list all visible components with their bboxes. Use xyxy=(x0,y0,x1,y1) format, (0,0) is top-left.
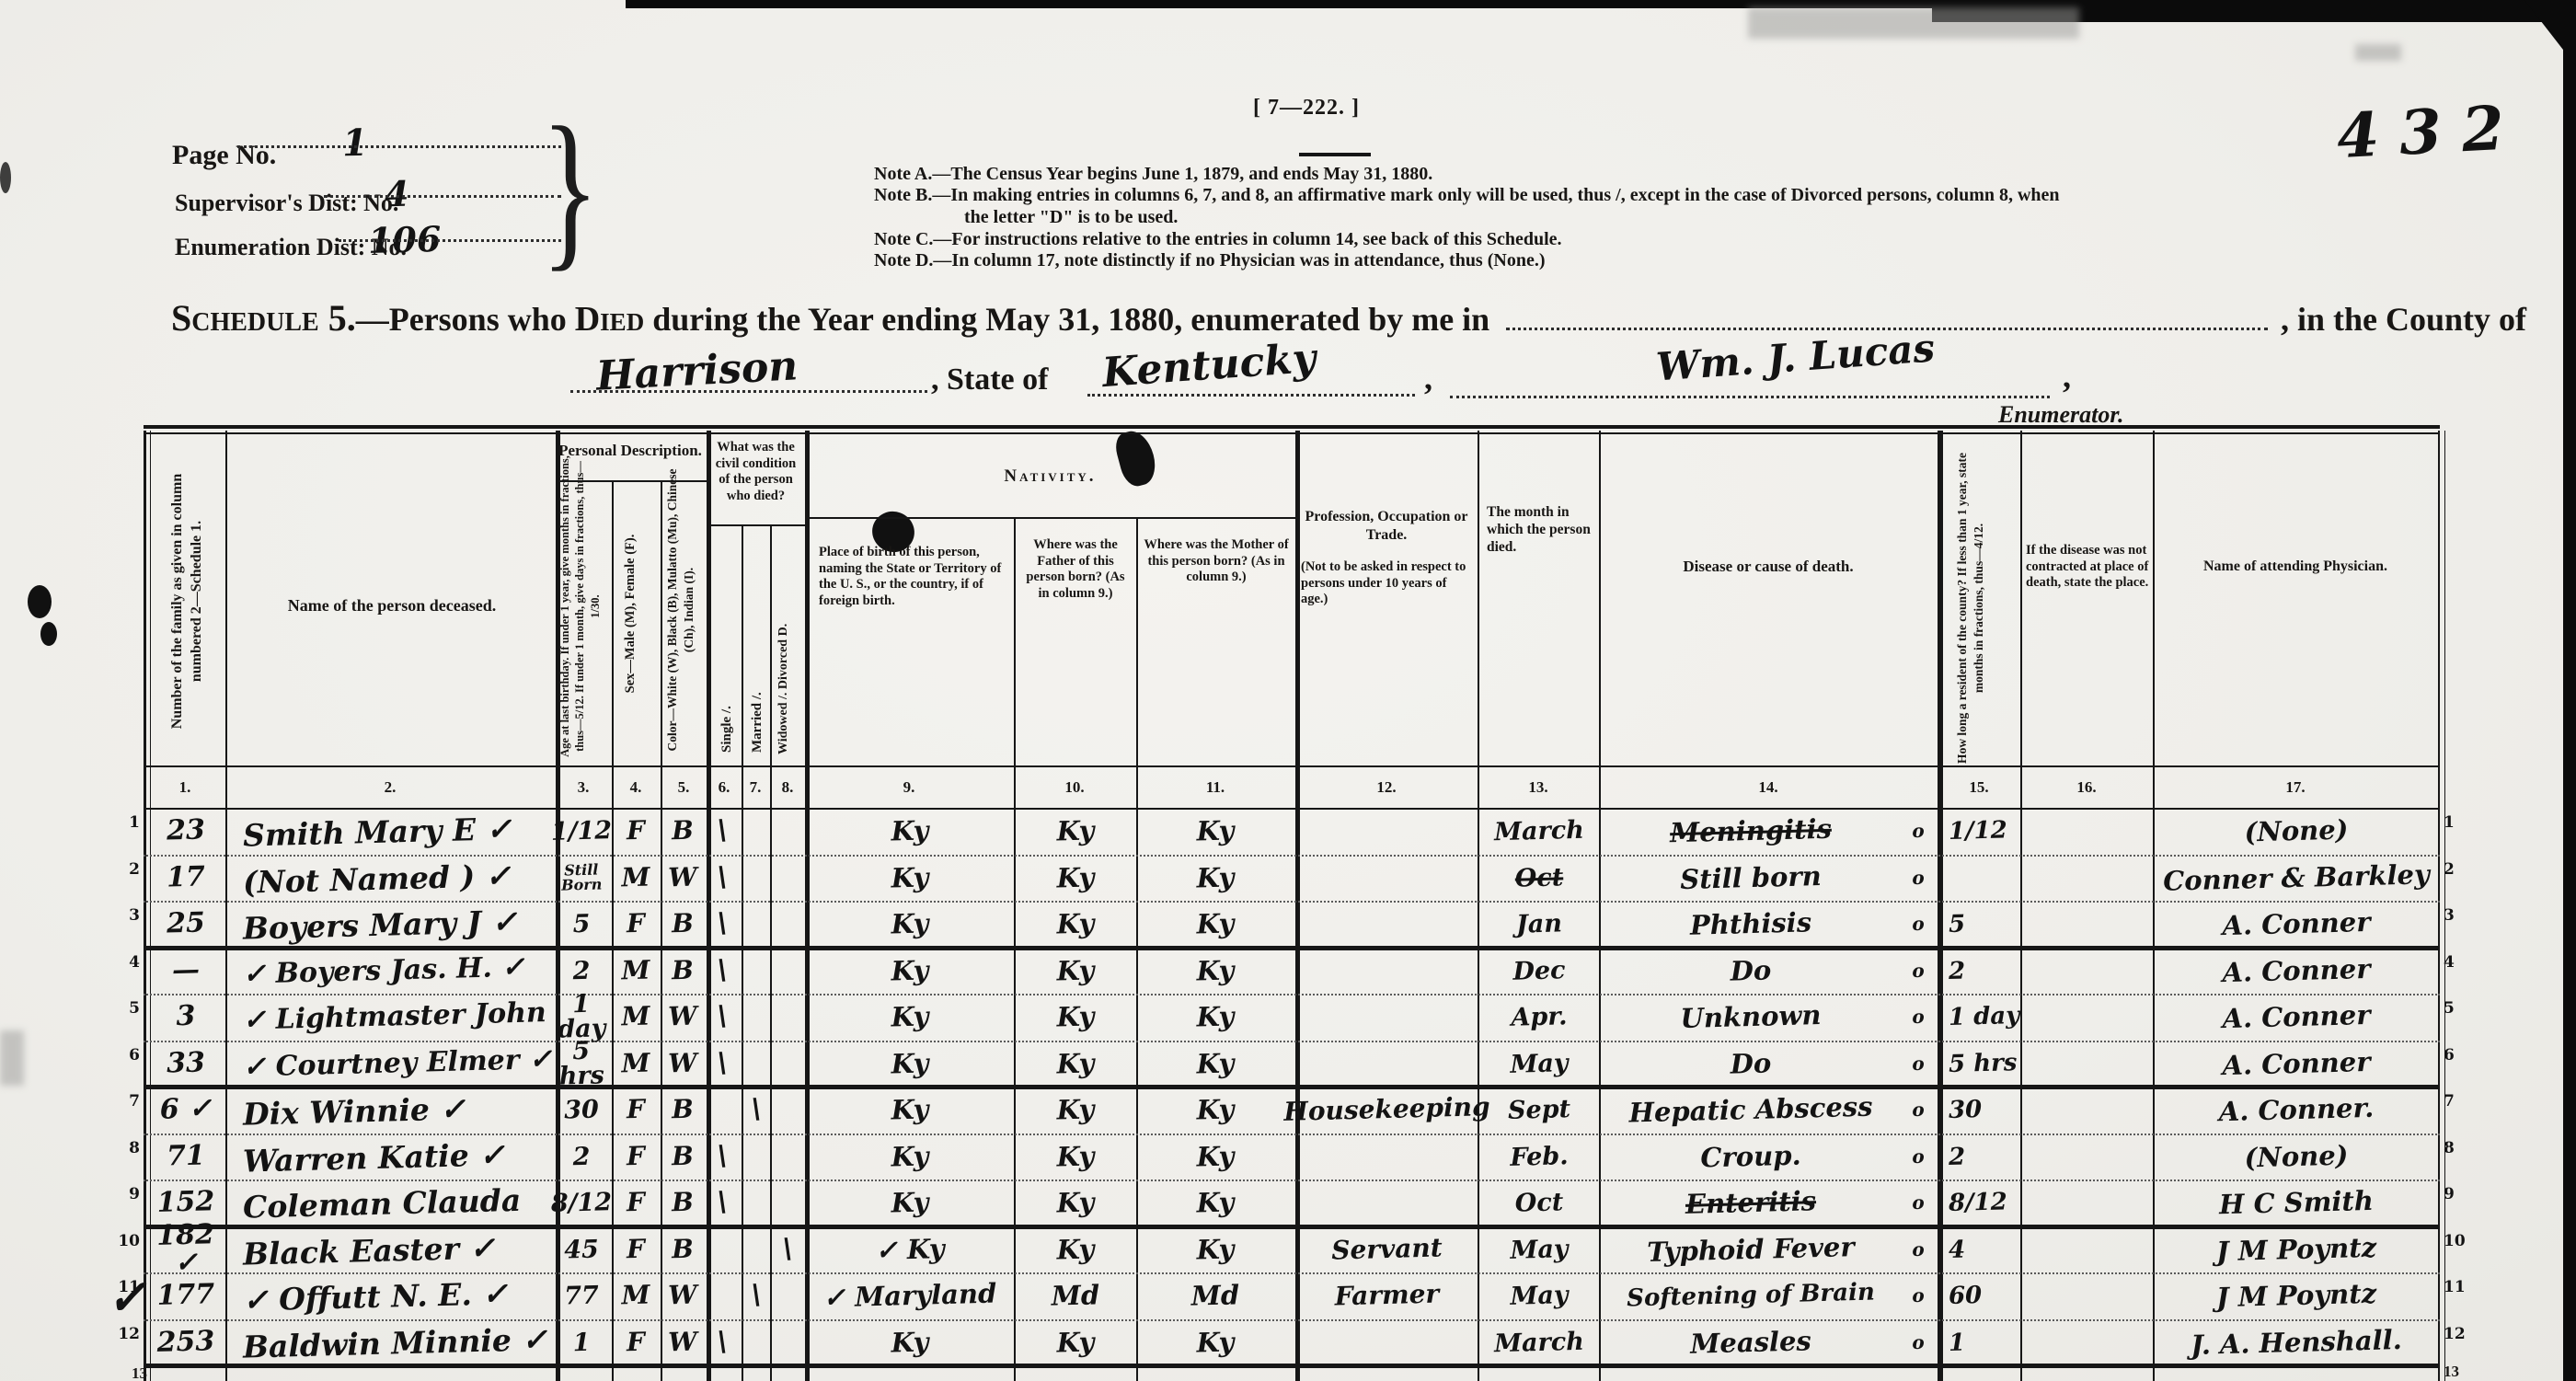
grid-vline xyxy=(742,526,743,1381)
cell-physician: A. Conner. xyxy=(2154,1083,2438,1137)
cell-color: B xyxy=(658,900,707,948)
ink-blot xyxy=(0,162,11,193)
cell-family: 23 xyxy=(146,807,224,856)
cell-resident: 5 xyxy=(1940,900,2028,949)
col-header-age: Age at last birthday. If under 1 year, g… xyxy=(558,451,603,762)
cell-sex: M xyxy=(610,947,661,995)
cell-resident: 1/12 xyxy=(1940,807,2028,856)
cell-resident: 4 xyxy=(1940,1225,2028,1273)
cell-married: \ xyxy=(741,1087,771,1134)
grid-hline-top2 xyxy=(144,432,2440,434)
cell-family: 25 xyxy=(146,900,224,949)
cell-sex: F xyxy=(610,1133,661,1180)
cell-o: o xyxy=(1900,1272,1936,1319)
cell-o: o xyxy=(1900,994,1936,1041)
cell-sex: M xyxy=(610,1040,661,1088)
col-header-disease: Disease or cause of death. xyxy=(1603,558,1934,577)
cell-color: W xyxy=(658,1318,707,1366)
cell-physician: J M Poyntz xyxy=(2154,1222,2438,1276)
column-number: 2. xyxy=(353,769,427,804)
cell-physician: (None) xyxy=(2154,804,2438,858)
cell-disease: Do xyxy=(1600,1036,1901,1090)
cell-color: B xyxy=(658,1086,707,1134)
cell-month: Dec xyxy=(1478,946,1599,995)
column-number: 11. xyxy=(1179,769,1252,804)
cell-mother: Ky xyxy=(1137,1224,1293,1274)
cell-disease: Still born xyxy=(1600,850,1901,904)
corner-page-number: 432 xyxy=(2335,91,2526,173)
supervisor-dist-value: 4 xyxy=(384,173,409,215)
cell-physician: H C Smith xyxy=(2154,1176,2438,1230)
cell-age: 77 xyxy=(549,1272,613,1319)
cell-age: Still Born xyxy=(549,854,613,902)
cell-month: May xyxy=(1478,1225,1599,1274)
note-b: Note B.—In making entries in columns 6, … xyxy=(874,185,2082,228)
footer-row-number-right: 13 xyxy=(2444,1364,2484,1379)
scan-border-right xyxy=(2563,0,2576,1381)
col-header-father: Where was the Father of this person born… xyxy=(1019,537,1132,603)
grid-vline xyxy=(225,431,227,1381)
ink-blot xyxy=(28,585,52,618)
cell-o: o xyxy=(1900,1318,1936,1365)
col-header-birthplace: Place of birth of this person, naming th… xyxy=(813,545,1012,610)
cell-o: o xyxy=(1900,947,1936,994)
cell-mother: Ky xyxy=(1137,806,1293,857)
cell-month: Oct xyxy=(1478,1178,1599,1227)
cell-physician: A. Conner xyxy=(2154,990,2438,1044)
cell-father: Ky xyxy=(1015,899,1135,949)
grid-hline-header xyxy=(144,765,2440,767)
cell-age: 1 day xyxy=(549,993,613,1041)
column-number: 12. xyxy=(1350,769,1423,804)
cell-mother: Ky xyxy=(1137,899,1293,949)
cell-color: W xyxy=(658,1040,707,1088)
cell-birth: Ky xyxy=(805,1131,1014,1182)
cell-single: \ xyxy=(702,1318,742,1366)
cell-father: Ky xyxy=(1015,1085,1135,1134)
col-header-physician: Name of attending Physician. xyxy=(2156,558,2434,576)
col-header-color: Color—White (W), Black (B), Mulatto (Mu)… xyxy=(664,464,696,756)
col-header-resident: How long a resident of the county? If le… xyxy=(1954,453,1986,764)
rule-nativity xyxy=(805,517,1295,519)
county-line xyxy=(570,390,927,393)
cell-age: 1 xyxy=(549,1318,613,1366)
cell-single: \ xyxy=(702,993,742,1041)
cell-color: B xyxy=(658,1179,707,1226)
col-header-month: The month in which the person died. xyxy=(1483,504,1597,557)
enumerator-line xyxy=(1450,396,2050,398)
cell-occupation: Servant xyxy=(1296,1224,1477,1275)
cell-father: Md xyxy=(1015,1271,1135,1320)
cell-age: 8/12 xyxy=(549,1179,613,1226)
cell-color: B xyxy=(658,1226,707,1273)
cell-resident: 30 xyxy=(1940,1086,2028,1134)
col-header-married: Married /. xyxy=(749,541,767,753)
col-header-widowed: Widowed /. Divorced D. xyxy=(776,524,792,754)
rule-civil xyxy=(707,524,805,526)
group-header-nativity: Nativity. xyxy=(805,466,1295,487)
cell-disease: Meningitis xyxy=(1600,804,1901,858)
cell-birth: Ky xyxy=(805,898,1014,949)
cell-physician: J. A. Henshall. xyxy=(2154,1315,2438,1369)
cell-father: Ky xyxy=(1015,1178,1135,1227)
supervisor-dist-label: Supervisor's Dist: No. xyxy=(175,190,398,217)
cell-o: o xyxy=(1900,1087,1936,1134)
cell-color: W xyxy=(658,854,707,902)
cell-widowed: \ xyxy=(770,1226,804,1272)
column-number: 8. xyxy=(751,769,824,804)
stamp-smudge2 xyxy=(2355,44,2401,61)
column-number: 15. xyxy=(1942,769,2016,804)
cell-birth: Ky xyxy=(805,1177,1014,1228)
cell-color: W xyxy=(658,993,707,1041)
cell-physician: Conner & Barkley xyxy=(2154,850,2438,904)
cell-family: 71 xyxy=(146,1132,224,1180)
cell-mother: Ky xyxy=(1137,852,1293,903)
cell-o: o xyxy=(1900,1040,1936,1087)
cell-age: 30 xyxy=(549,1086,613,1134)
cell-family: 17 xyxy=(146,853,224,902)
cell-resident: 2 xyxy=(1940,946,2028,995)
col-header-place: If the disease was not contracted at pla… xyxy=(2026,543,2149,592)
cell-o: o xyxy=(1900,1133,1936,1180)
cell-family: 3 xyxy=(146,993,224,1042)
cell-father: Ky xyxy=(1015,1039,1135,1088)
group-header-civil: What was the civil condition of the pers… xyxy=(709,440,802,505)
cell-resident: 60 xyxy=(1940,1272,2028,1320)
comma1: , xyxy=(1424,359,1432,397)
cell-month: Feb. xyxy=(1478,1132,1599,1181)
cell-birth: ✓ Maryland xyxy=(805,1270,1014,1321)
cell-resident: 5 hrs xyxy=(1940,1039,2028,1088)
state-label: , State of xyxy=(931,363,1048,397)
cell-physician: A. Conner xyxy=(2154,943,2438,997)
cell-mother: Ky xyxy=(1137,1038,1293,1088)
grid-hline-top xyxy=(144,425,2440,429)
form-number-rule xyxy=(1299,153,1371,156)
cell-physician: A. Conner xyxy=(2154,1036,2438,1090)
col-header-name: Name of the person deceased. xyxy=(232,596,552,616)
title-county-suffix: , in the County of xyxy=(2281,300,2526,339)
cell-month: March xyxy=(1478,1318,1599,1367)
col-header-single: Single /. xyxy=(719,541,737,753)
cell-single: \ xyxy=(702,854,742,902)
cell-birth: Ky xyxy=(805,1317,1014,1368)
cell-father: Ky xyxy=(1015,1132,1135,1181)
cell-family: 182 ✓ xyxy=(146,1225,224,1273)
cell-birth: Ky xyxy=(805,991,1014,1042)
edge-smudge xyxy=(0,1030,24,1086)
cell-mother: Md xyxy=(1137,1271,1293,1321)
note-a: Note A.—The Census Year begins June 1, 1… xyxy=(874,164,1432,185)
cell-sex: F xyxy=(610,1226,661,1273)
col-header-sex: Sex—Male (M), Female (F). xyxy=(622,480,639,747)
state-value: Kentucky xyxy=(1101,335,1317,397)
cell-single: \ xyxy=(702,1133,742,1180)
cell-single: \ xyxy=(702,900,742,948)
cell-father: Ky xyxy=(1015,1318,1135,1367)
column-number: 13. xyxy=(1501,769,1575,804)
cell-sex: F xyxy=(610,1179,661,1226)
cell-single: \ xyxy=(702,947,742,995)
col-header-mother: Where was the Mother of this person born… xyxy=(1144,537,1289,586)
cell-father: Ky xyxy=(1015,853,1135,903)
cell-month: Jan xyxy=(1478,899,1599,949)
brace-glyph: } xyxy=(541,86,599,291)
cell-family: 177 xyxy=(146,1272,224,1320)
enumeration-dist-line xyxy=(339,239,561,242)
cell-father: Ky xyxy=(1015,946,1135,995)
cell-mother: Ky xyxy=(1137,945,1293,995)
column-number: 14. xyxy=(1731,769,1805,804)
cell-o: o xyxy=(1900,1180,1936,1226)
page-no-value: 1 xyxy=(341,121,368,166)
cell-sex: F xyxy=(610,807,661,855)
cell-month: Sept xyxy=(1478,1085,1599,1134)
cell-disease: Do xyxy=(1600,943,1901,997)
cell-color: B xyxy=(658,807,707,855)
cell-single: \ xyxy=(702,1040,742,1088)
cell-sex: F xyxy=(610,1086,661,1134)
column-number: 10. xyxy=(1038,769,1111,804)
cell-age: 5 xyxy=(549,900,613,948)
cell-disease: Softening of Brain xyxy=(1600,1269,1901,1323)
cell-sex: F xyxy=(610,900,661,948)
cell-o: o xyxy=(1900,1226,1936,1272)
cell-family: 33 xyxy=(146,1039,224,1088)
form-number: [ 7—222. ] xyxy=(1253,96,1360,121)
col-header-occupation: Profession, Occupation or Trade. xyxy=(1301,508,1472,544)
cell-sex: M xyxy=(610,1272,661,1319)
cell-color: W xyxy=(658,1272,707,1319)
cell-resident: 8/12 xyxy=(1940,1179,2028,1227)
cell-occupation: Housekeeping xyxy=(1296,1084,1477,1135)
cell-age: 45 xyxy=(549,1226,613,1273)
cell-age: 2 xyxy=(549,947,613,995)
cell-father: Ky xyxy=(1015,992,1135,1042)
cell-married: \ xyxy=(741,1272,771,1319)
title-text2: during the Year ending May 31, 1880, enu… xyxy=(644,300,1489,339)
footer-row-number: 13 xyxy=(109,1365,147,1381)
cell-o: o xyxy=(1900,808,1936,855)
cell-sex: F xyxy=(610,1318,661,1366)
page-no-line xyxy=(237,145,561,148)
cell-mother: Ky xyxy=(1137,992,1293,1042)
cell-resident: 2 xyxy=(1940,1132,2028,1180)
column-number: 16. xyxy=(2050,769,2123,804)
cell-o: o xyxy=(1900,854,1936,901)
cell-birth: Ky xyxy=(805,852,1014,903)
cell-sex: M xyxy=(610,854,661,902)
ink-blot xyxy=(40,622,57,646)
cell-disease: Phthisis xyxy=(1600,897,1901,951)
cell-birth: Ky xyxy=(805,1038,1014,1089)
cell-sex: M xyxy=(610,993,661,1041)
cell-age: 2 xyxy=(549,1133,613,1180)
supervisor-dist-line xyxy=(324,195,561,198)
column-number: 17. xyxy=(2259,769,2332,804)
cell-physician: J M Poyntz xyxy=(2154,1269,2438,1323)
cell-family: 6 ✓ xyxy=(146,1086,224,1134)
note-c: Note C.—For instructions relative to the… xyxy=(874,229,1562,250)
cell-mother: Ky xyxy=(1137,1085,1293,1135)
cell-disease: Unknown xyxy=(1600,990,1901,1044)
cell-birth: Ky xyxy=(805,805,1014,857)
cell-name: Baldwin Minnie ✓ xyxy=(229,1314,585,1370)
cell-mother: Ky xyxy=(1137,1131,1293,1181)
cell-month: May xyxy=(1478,1039,1599,1088)
cell-father: Ky xyxy=(1015,1225,1135,1274)
rule-personal xyxy=(556,480,707,482)
title-schedule: Schedule 5. xyxy=(171,296,356,339)
column-number: 9. xyxy=(872,769,946,804)
cell-month: Apr. xyxy=(1478,992,1599,1042)
cell-birth: Ky xyxy=(805,1084,1014,1135)
note-d: Note D.—In column 17, note distinctly if… xyxy=(874,250,1545,271)
cell-mother: Ky xyxy=(1137,1317,1293,1367)
cell-month: March xyxy=(1478,806,1599,856)
cell-resident: 1 day xyxy=(1940,993,2028,1042)
cell-resident: 1 xyxy=(1940,1318,2028,1366)
cell-o: o xyxy=(1900,901,1936,948)
cell-disease: Measles xyxy=(1600,1315,1901,1369)
cell-father: Ky xyxy=(1015,806,1135,856)
cell-disease: Enteritis xyxy=(1600,1176,1901,1230)
schedule-title: Schedule 5. —Persons who Died during the… xyxy=(171,296,2526,339)
cell-physician: (None) xyxy=(2154,1129,2438,1183)
cell-month: May xyxy=(1478,1271,1599,1320)
cell-single: \ xyxy=(702,807,742,855)
column-number: 1. xyxy=(148,769,222,804)
cell-family: — xyxy=(146,946,224,995)
cell-birth: Ky xyxy=(805,945,1014,996)
census-mortality-schedule-page: 432 Page No. 1 Supervisor's Dist: No. 4 … xyxy=(0,0,2576,1381)
cell-physician: A. Conner xyxy=(2154,897,2438,951)
cell-color: B xyxy=(658,1133,707,1180)
cell-age: 1/12 xyxy=(549,807,613,855)
cell-disease: Hepatic Abscess xyxy=(1600,1083,1901,1137)
cell-mother: Ky xyxy=(1137,1178,1293,1228)
title-died: Died xyxy=(575,299,644,339)
cell-disease: Typhoid Fever xyxy=(1600,1222,1901,1276)
cell-month: Oct xyxy=(1478,853,1599,903)
cell-color: B xyxy=(658,947,707,995)
cell-single: \ xyxy=(702,1179,742,1226)
stamp-smudge xyxy=(1748,7,2079,39)
state-line xyxy=(1087,394,1415,397)
grid-vline xyxy=(2438,431,2440,1381)
title-text: —Persons who xyxy=(356,300,575,339)
group-separator xyxy=(144,1364,2440,1368)
col-header-family-number: Number of the family as given in column … xyxy=(168,443,207,760)
col-header-occupation-note: (Not to be asked in respect to persons u… xyxy=(1301,559,1472,608)
cell-birth: ✓ Ky xyxy=(805,1224,1014,1275)
comma2: , xyxy=(2063,357,2071,396)
cell-age: 5 hrs xyxy=(549,1040,613,1088)
cell-occupation: Farmer xyxy=(1296,1270,1477,1321)
cell-disease: Croup. xyxy=(1600,1129,1901,1183)
cell-family: 253 xyxy=(146,1318,224,1366)
